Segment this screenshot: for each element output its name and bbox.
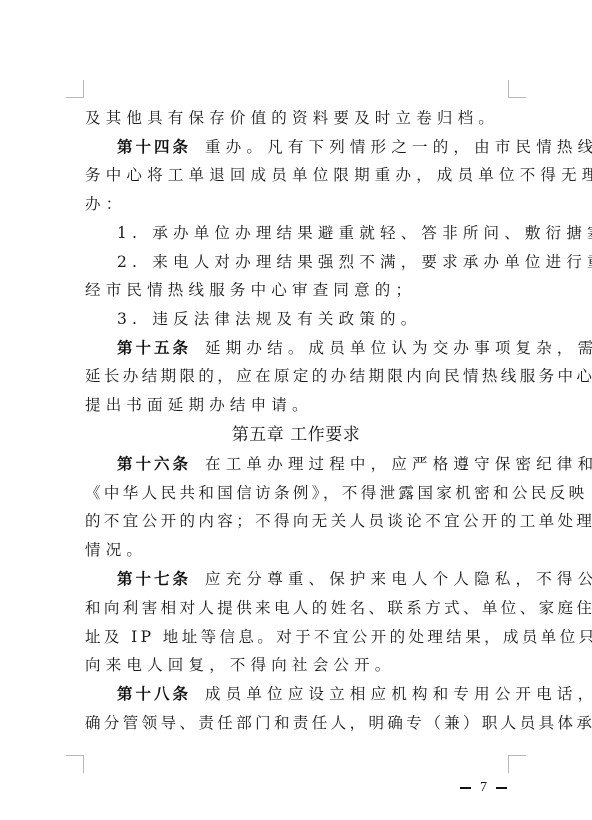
paragraph-line: 办：	[85, 192, 507, 216]
article-text: 成员单位应设立相应机构和专用公开电话，明	[205, 685, 592, 703]
page-number-value: 7	[480, 780, 487, 795]
document-page: 及其他具有保存价值的资料要及时立卷归档。 第十四条重办。凡有下列情形之一的，由市…	[0, 0, 592, 820]
article-17-line: 第十七条应充分尊重、保护来电人个人隐私，不得公开	[117, 567, 507, 591]
list-item: 2. 来电人对办理结果强烈不满，要求承办单位进行重办且	[117, 250, 507, 274]
paragraph-line: 情况。	[85, 538, 507, 562]
paragraph-line: 向来电人回复，不得向社会公开。	[85, 653, 507, 677]
paragraph-line: 及其他具有保存价值的资料要及时立卷归档。	[85, 106, 507, 130]
article-18-line: 第十八条成员单位应设立相应机构和专用公开电话，明	[117, 682, 507, 706]
article-15-line: 第十五条延期办结。成员单位认为交办事项复杂，需要	[117, 336, 507, 360]
paragraph-line: 址及 IP 地址等信息。对于不宜公开的处理结果，成员单位只	[85, 625, 507, 649]
article-text: 重办。凡有下列情形之一的，由市民情热线服	[205, 138, 592, 156]
crop-mark-bottom-right	[508, 755, 526, 773]
page-number: 7	[460, 778, 516, 798]
list-item: 3. 违反法律法规及有关政策的。	[117, 307, 507, 331]
article-label: 第十四条	[117, 137, 191, 156]
article-label: 第十六条	[117, 454, 191, 473]
article-label: 第十七条	[117, 569, 191, 588]
article-text: 在工单办理过程中，应严格遵守保密纪律和	[205, 455, 592, 473]
article-16-line: 第十六条在工单办理过程中，应严格遵守保密纪律和	[117, 452, 507, 476]
paragraph-line: 经市民情热线服务中心审查同意的；	[85, 278, 507, 302]
article-label: 第十五条	[117, 338, 191, 357]
list-item: 1. 承办单位办理结果避重就轻、答非所问、敷衍搪塞等；	[117, 221, 507, 245]
article-14-line: 第十四条重办。凡有下列情形之一的，由市民情热线服	[117, 135, 507, 159]
article-text: 延期办结。成员单位认为交办事项复杂，需要	[205, 339, 592, 357]
article-label: 第十八条	[117, 684, 191, 703]
paragraph-line: 延长办结期限的，应在原定的办结期限内向民情热线服务中心	[85, 364, 507, 388]
paragraph-line: 的不宜公开的内容；不得向无关人员谈论不宜公开的工单处理	[85, 509, 507, 533]
paragraph-line: 务中心将工单退回成员单位限期重办，成员单位不得无理拒	[85, 163, 507, 187]
dash-right	[496, 787, 507, 789]
chapter-heading: 第五章 工作要求	[0, 423, 592, 447]
paragraph-line: 确分管领导、责任部门和责任人，明确专（兼）职人员具体承	[85, 711, 507, 735]
crop-mark-top-right	[508, 80, 526, 98]
paragraph-line: 提出书面延期办结申请。	[85, 393, 507, 417]
crop-mark-bottom-left	[66, 755, 84, 773]
crop-mark-top-left	[66, 80, 84, 98]
paragraph-line: 和向利害相对人提供来电人的姓名、联系方式、单位、家庭住	[85, 596, 507, 620]
paragraph-line: 《中华人民共和国信访条例》，不得泄露国家机密和公民反映	[85, 481, 507, 505]
dash-left	[460, 787, 471, 789]
article-text: 应充分尊重、保护来电人个人隐私，不得公开	[205, 570, 592, 588]
